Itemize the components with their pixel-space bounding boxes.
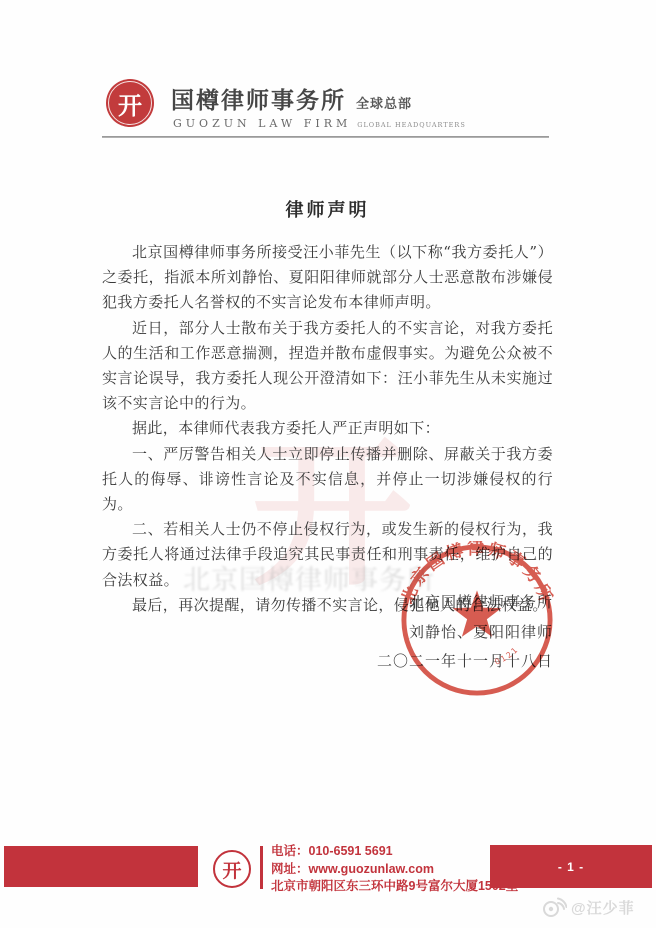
firm-name-cn: 国樽律师事务所 xyxy=(171,87,346,114)
footer-left-red-bar xyxy=(4,846,198,887)
weibo-handle: @汪少菲 xyxy=(571,897,635,918)
firm-name-en-row: GUOZUN LAW FIRMGLOBAL HEADQUARTERS xyxy=(173,112,466,131)
weibo-icon xyxy=(541,896,567,918)
header-divider xyxy=(102,136,549,138)
footer-phone: 电话：010-6591 5691 xyxy=(271,843,518,861)
seal-code-text: 0121 xyxy=(493,644,520,666)
footer-contact-block: 电话：010-6591 5691 网址：www.guozunlaw.com 北京… xyxy=(271,843,518,896)
firm-suffix-en: GLOBAL HEADQUARTERS xyxy=(357,121,466,129)
paragraph-1: 北京国樽律师事务所接受汪小菲先生（以下称“我方委托人”）之委托，指派本所刘静怡、… xyxy=(102,240,553,316)
firm-logo-icon: 开 xyxy=(106,79,154,127)
svg-text:0121: 0121 xyxy=(493,644,520,666)
weibo-watermark: @汪少菲 xyxy=(541,896,635,918)
footer-logo-icon: 开 xyxy=(213,850,251,888)
firm-suffix-cn: 全球总部 xyxy=(356,97,412,112)
footer-address: 北京市朝阳区东三环中路9号富尔大厦1502室 xyxy=(271,878,518,896)
paragraph-2: 近日，部分人士散布关于我方委托人的不实言论，对我方委托人的生活和工作恶意揣测，捏… xyxy=(102,316,553,417)
page-number: - 1 - xyxy=(558,860,584,874)
firm-name-row: 国樽律师事务所全球总部 xyxy=(171,82,412,115)
document-page: 开 国樽律师事务所全球总部 GUOZUN LAW FIRMGLOBAL HEAD… xyxy=(0,0,656,928)
firm-logo-glyph: 开 xyxy=(106,79,154,127)
footer-logo-glyph: 开 xyxy=(222,856,241,883)
footer-divider-line xyxy=(260,846,263,889)
law-firm-seal: 北京国樽律师事务所 0121 xyxy=(398,541,556,699)
footer-website: 网址：www.guozunlaw.com xyxy=(271,861,518,879)
firm-name-en: GUOZUN LAW FIRM xyxy=(173,117,351,130)
paragraph-4: 一、严厉警告相关人士立即停止传播并删除、屏蔽关于我方委托人的侮辱、诽谤性言论及不… xyxy=(102,442,553,518)
footer-page-number-block: - 1 - xyxy=(490,845,652,888)
paragraph-3: 据此，本律师代表我方委托人严正声明如下： xyxy=(102,416,553,441)
page-title: 律师声明 xyxy=(102,196,553,222)
seal-star-icon xyxy=(453,590,502,636)
